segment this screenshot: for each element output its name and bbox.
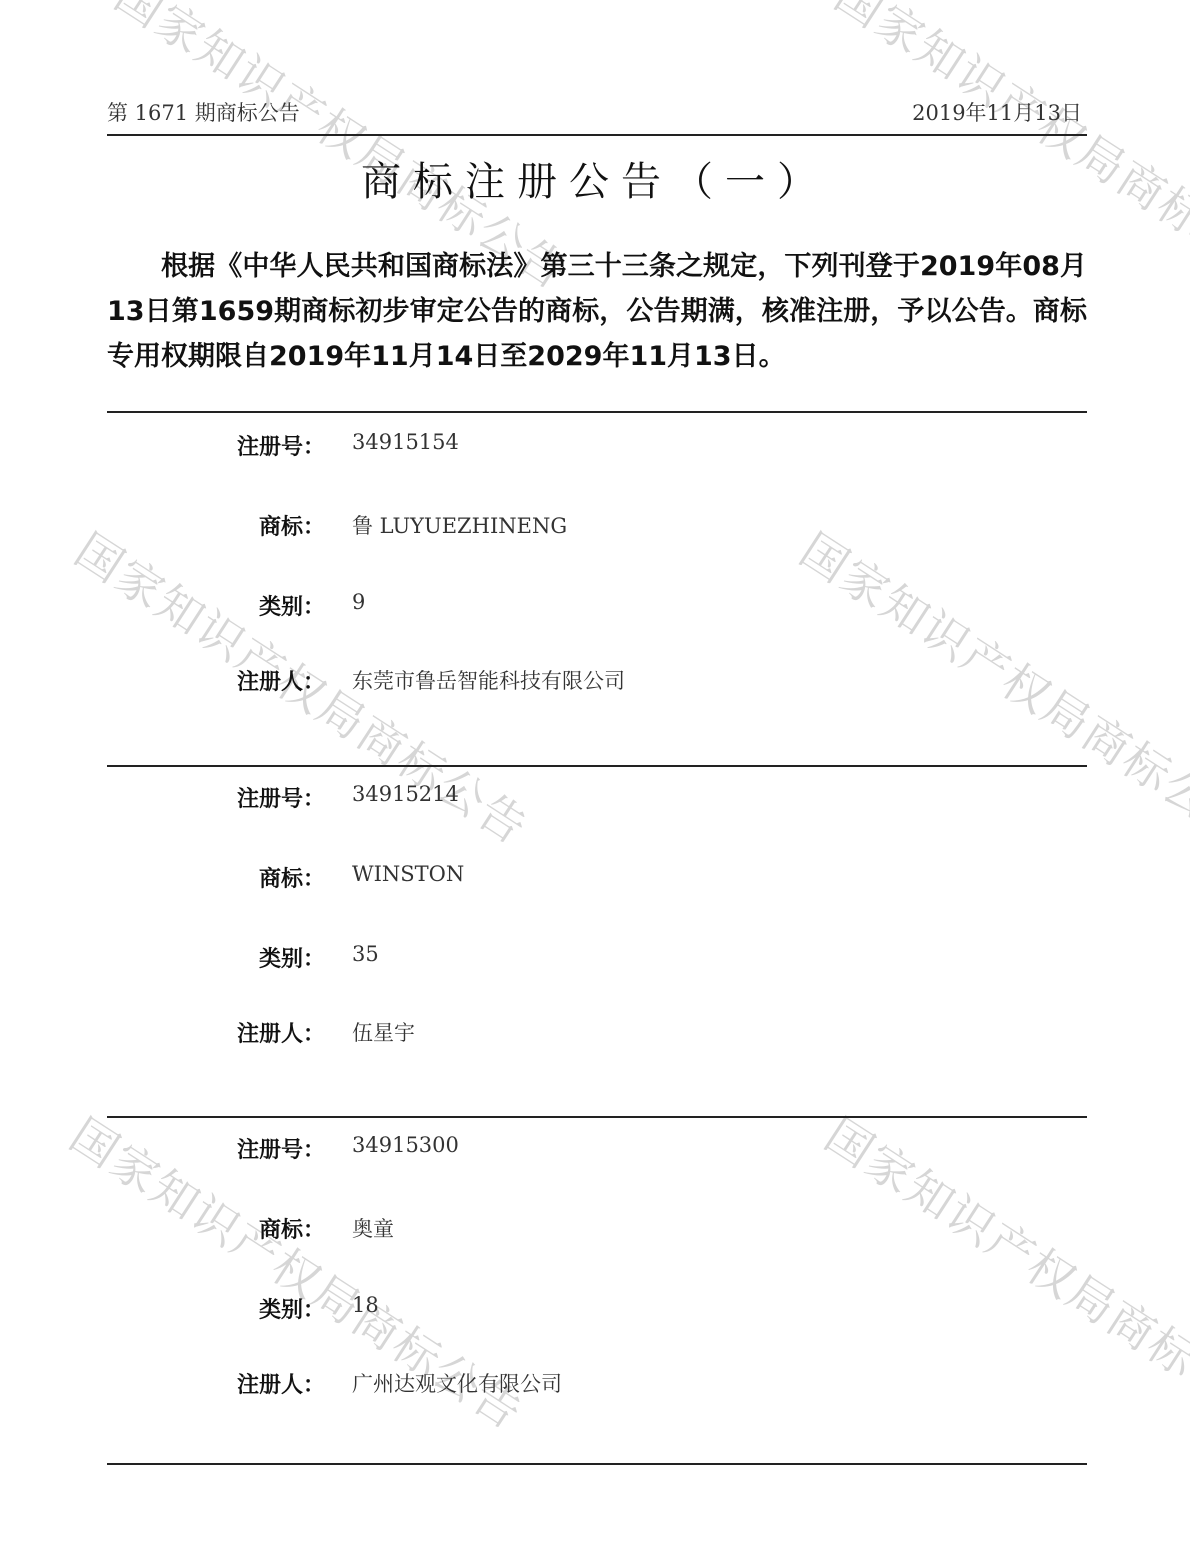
mark-label: 商标：	[259, 862, 325, 893]
mark-label: 商标：	[259, 510, 325, 541]
entry-divider	[107, 1116, 1087, 1118]
registrant-label: 注册人：	[237, 1017, 325, 1048]
header-rule	[107, 134, 1087, 136]
mark-value: 奥童	[352, 1213, 394, 1243]
issue-date: 2019年11月13日	[912, 97, 1082, 127]
reg-no-label: 注册号：	[237, 1133, 325, 1164]
mark-label: 商标：	[259, 1213, 325, 1244]
mark-value: 鲁 LUYUEZHINENG	[352, 510, 567, 540]
class-label: 类别：	[259, 1293, 325, 1324]
mark-value: WINSTON	[352, 862, 464, 886]
class-value: 35	[352, 942, 379, 966]
reg-no-label: 注册号：	[237, 782, 325, 813]
footer-rule	[107, 1463, 1087, 1465]
class-value: 9	[352, 590, 365, 614]
intro-paragraph: 根据《中华人民共和国商标法》第三十三条之规定，下列刊登于2019年08月13日第…	[107, 244, 1087, 379]
reg-no-value: 34915214	[352, 782, 459, 806]
registrant-value: 广州达观文化有限公司	[352, 1368, 562, 1398]
reg-no-value: 34915300	[352, 1133, 459, 1157]
entry-divider	[107, 411, 1087, 413]
page-title: 商标注册公告（一）	[0, 150, 1190, 207]
registrant-value: 东莞市鲁岳智能科技有限公司	[352, 665, 625, 695]
document-page: 第 1671 期商标公告 2019年11月13日 商标注册公告（一） 根据《中华…	[0, 0, 1190, 1564]
class-value: 18	[352, 1293, 379, 1317]
entry-divider	[107, 765, 1087, 767]
registrant-label: 注册人：	[237, 1368, 325, 1399]
reg-no-label: 注册号：	[237, 430, 325, 461]
class-label: 类别：	[259, 590, 325, 621]
issue-label: 第 1671 期商标公告	[107, 97, 300, 127]
class-label: 类别：	[259, 942, 325, 973]
registrant-label: 注册人：	[237, 665, 325, 696]
registrant-value: 伍星宇	[352, 1017, 415, 1047]
reg-no-value: 34915154	[352, 430, 459, 454]
